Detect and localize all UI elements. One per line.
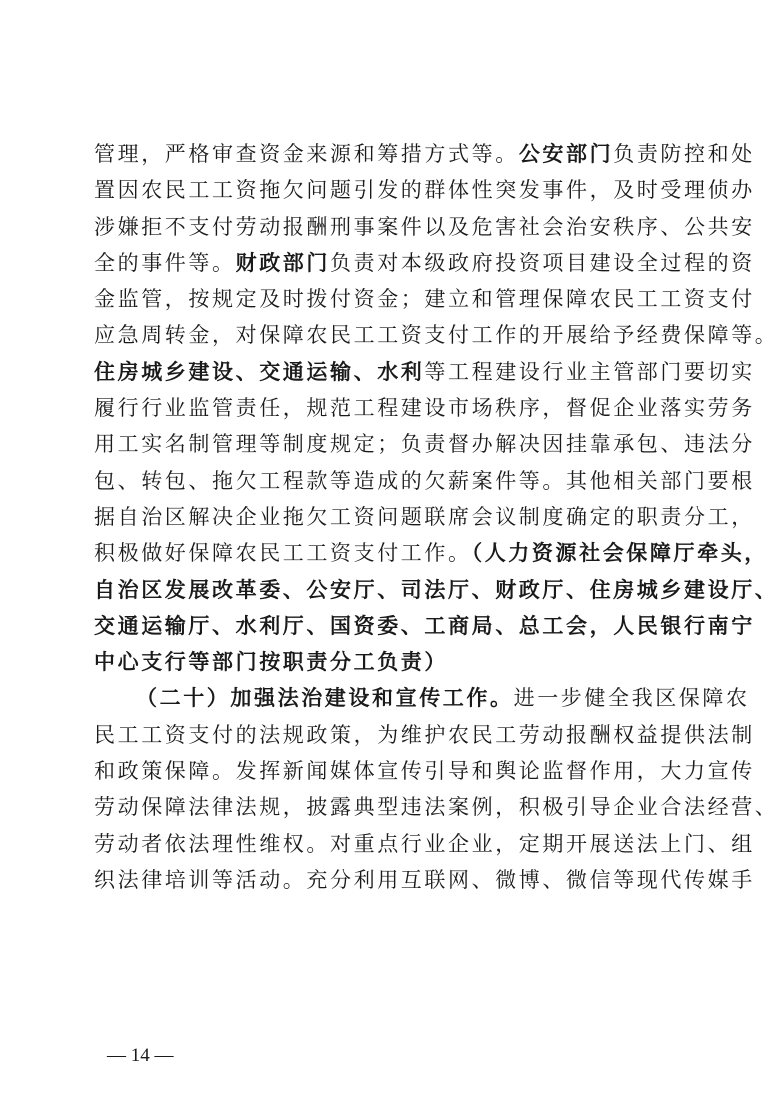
- text-line: 中心支行等部门按职责分工负责）: [94, 644, 708, 680]
- text-line: 织法律培训等活动。充分利用互联网、微博、微信等现代传媒手: [94, 862, 708, 898]
- text-segment: 劳动保障法律法规，披露典型违法案例，积极引导企业合法经营、: [94, 795, 778, 819]
- text-segment: 积极做好保障农民工工资支付工作。: [94, 541, 472, 565]
- text-line: 自治区发展改革委、公安厅、司法厅、财政厅、住房城乡建设厅、: [94, 572, 708, 608]
- text-segment: 等工程建设行业主管部门要切实: [424, 360, 754, 384]
- bold-text-segment: 交通运输厅、水利厅、国资委、工商局、总工会，人民银行南宁: [94, 613, 755, 638]
- text-line: 应急周转金，对保障农民工工资支付工作的开展给予经费保障等。: [94, 317, 708, 353]
- text-line: 积极做好保障农民工工资支付工作。（人力资源社会保障厅牵头，: [94, 535, 708, 571]
- text-line: 和政策保障。发挥新闻媒体宣传引导和舆论监督作用，大力宣传: [94, 753, 708, 789]
- text-line: 涉嫌拒不支付劳动报酬刑事案件以及危害社会治安秩序、公共安: [94, 209, 708, 245]
- text-segment: 负责防控和处: [613, 142, 755, 166]
- text-segment: 据自治区解决企业拖欠工资问题联席会议制度确定的职责分工，: [94, 505, 755, 529]
- text-segment: 织法律培训等活动。充分利用互联网、微博、微信等现代传媒手: [94, 868, 755, 892]
- text-segment: 和政策保障。发挥新闻媒体宣传引导和舆论监督作用，大力宣传: [94, 759, 755, 783]
- text-line: 管理，严格审查资金来源和筹措方式等。公安部门负责防控和处: [94, 136, 708, 172]
- text-segment: 应急周转金，对保障农民工工资支付工作的开展给予经费保障等。: [94, 323, 778, 347]
- text-line: 交通运输厅、水利厅、国资委、工商局、总工会，人民银行南宁: [94, 608, 708, 644]
- bold-text-segment: （人力资源社会保障厅牵头，: [472, 540, 768, 565]
- text-segment: 金监管，按规定及时拨付资金；建立和管理保障农民工工资支付: [94, 287, 755, 311]
- text-line: 用工实名制管理等制度规定；负责督办解决因挂靠承包、违法分: [94, 426, 708, 462]
- text-line: 民工工资支付的法规政策，为维护农民工劳动报酬权益提供法制: [94, 717, 708, 753]
- text-segment: 涉嫌拒不支付劳动报酬刑事案件以及危害社会治安秩序、公共安: [94, 215, 755, 239]
- text-line: 据自治区解决企业拖欠工资问题联席会议制度确定的职责分工，: [94, 499, 708, 535]
- document-page: 管理，严格审查资金来源和筹措方式等。公安部门负责防控和处置因农民工工资拖欠问题引…: [0, 0, 780, 1103]
- text-segment: 劳动者依法理性维权。对重点行业企业，定期开展送法上门、组: [94, 832, 755, 856]
- text-segment: 管理，严格审查资金来源和筹措方式等。: [94, 142, 519, 166]
- text-line: 劳动者依法理性维权。对重点行业企业，定期开展送法上门、组: [94, 826, 708, 862]
- text-segment: 用工实名制管理等制度规定；负责督办解决因挂靠承包、违法分: [94, 432, 755, 456]
- text-line: 全的事件等。财政部门负责对本级政府投资项目建设全过程的资: [94, 245, 708, 281]
- bold-text-segment: 自治区发展改革委、公安厅、司法厅、财政厅、住房城乡建设厅、: [94, 577, 778, 602]
- text-segment: 民工工资支付的法规政策，为维护农民工劳动报酬权益提供法制: [94, 723, 755, 747]
- text-line: 住房城乡建设、交通运输、水利等工程建设行业主管部门要切实: [94, 354, 708, 390]
- text-line: 履行行业监管责任，规范工程建设市场秩序，督促企业落实劳务: [94, 390, 708, 426]
- page-number: — 14 —: [107, 1045, 174, 1067]
- text-segment: 履行行业监管责任，规范工程建设市场秩序，督促企业落实劳务: [94, 396, 755, 420]
- text-segment: 进一步健全我区保障农: [514, 686, 750, 710]
- text-line: 包、转包、拖欠工程款等造成的欠薪案件等。其他相关部门要根: [94, 463, 708, 499]
- text-segment: 负责对本级政府投资项目建设全过程的资: [330, 251, 755, 275]
- text-line: 劳动保障法律法规，披露典型违法案例，积极引导企业合法经营、: [94, 789, 708, 825]
- text-line: 金监管，按规定及时拨付资金；建立和管理保障农民工工资支付: [94, 281, 708, 317]
- text-line: 置因农民工工资拖欠问题引发的群体性突发事件，及时受理侦办: [94, 172, 708, 208]
- bold-text-segment: 住房城乡建设、交通运输、水利: [94, 359, 424, 384]
- bold-text-segment: 公安部门: [519, 141, 613, 166]
- text-segment: 全的事件等。: [94, 251, 236, 275]
- bold-text-segment: （二十）加强法治建设和宣传工作。: [136, 685, 514, 710]
- body-text: 管理，严格审查资金来源和筹措方式等。公安部门负责防控和处置因农民工工资拖欠问题引…: [94, 136, 708, 898]
- bold-text-segment: 财政部门: [236, 250, 330, 275]
- text-line: （二十）加强法治建设和宣传工作。进一步健全我区保障农: [94, 680, 708, 716]
- text-segment: 包、转包、拖欠工程款等造成的欠薪案件等。其他相关部门要根: [94, 469, 755, 493]
- bold-text-segment: 中心支行等部门按职责分工负责）: [94, 649, 448, 674]
- text-segment: 置因农民工工资拖欠问题引发的群体性突发事件，及时受理侦办: [94, 178, 755, 202]
